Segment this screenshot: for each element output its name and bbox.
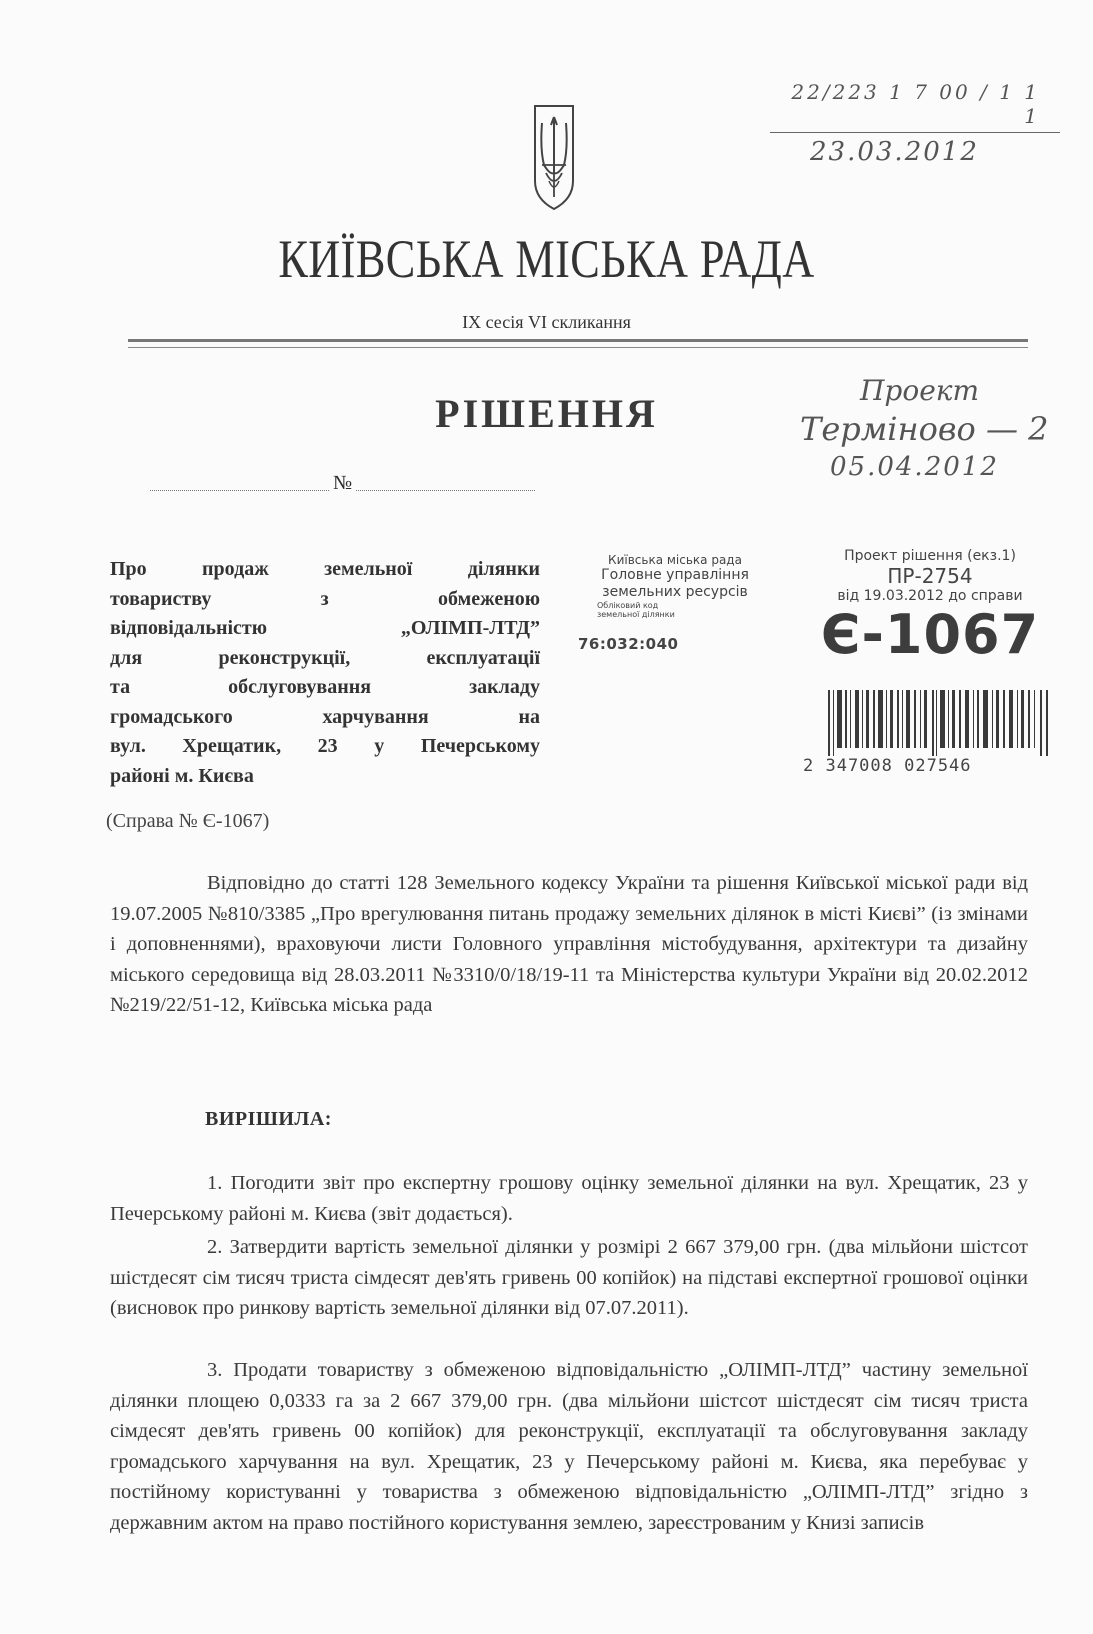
subject-line: Про продаж земельної ділянки: [110, 555, 540, 585]
preamble-paragraph: Відповідно до статті 128 Земельного коде…: [110, 868, 1028, 1021]
handwritten-draft-note: Проект Терміново — 2 05.04.2012: [800, 372, 1080, 486]
stamp-dept-line-2: земельних ресурсів: [575, 584, 775, 601]
subject-line: громадського харчування на: [110, 703, 540, 733]
draft-note-date: 05.04.2012: [800, 448, 1080, 486]
draft-note-line-1: Проект: [800, 372, 1080, 410]
registration-number: 22/223 1 7 00 / 1 1 1: [770, 80, 1060, 133]
cadastral-code: 76:032:040: [575, 635, 775, 653]
subject-line: вул. Хрещатик, 23 у Печерському: [110, 732, 540, 762]
land-resources-stamp: Київська міська рада Головне управління …: [575, 553, 775, 653]
draft-date-line: від 19.03.2012 до справи: [790, 588, 1070, 604]
resolved-heading: ВИРІШИЛА:: [205, 1108, 332, 1131]
council-name: КИЇВСЬКА МІСЬКА РАДА: [98, 228, 994, 290]
barcode-icon: [828, 690, 1050, 756]
draft-note-line-2: Терміново — 2: [800, 410, 1080, 448]
draft-number: ПР-2754: [790, 564, 1070, 588]
resolution-item-1: 1. Погодити звіт про експертну грошову о…: [110, 1168, 1028, 1229]
barcode-number: 2 347008 027546: [803, 756, 1063, 776]
session-label: IX сесія VI скликання: [0, 312, 1093, 333]
draft-decision-stamp: Проект рішення (екз.1) ПР-2754 від 19.03…: [790, 548, 1070, 664]
registration-date: 23.03.2012: [770, 137, 1060, 167]
draft-stamp-title: Проект рішення (екз.1): [790, 548, 1070, 564]
subject-line: товариству з обмеженою: [110, 585, 540, 615]
subject-line: відповідальністю „ОЛІМП-ЛТД”: [110, 614, 540, 644]
case-number: Є-1067: [790, 606, 1070, 664]
decision-number-line: №: [150, 472, 535, 495]
number-sign: №: [329, 472, 356, 495]
header-divider: [128, 339, 1028, 348]
stamp-code-label-1: Обліковий код: [575, 601, 775, 610]
date-blank: [150, 489, 329, 491]
handwritten-registration-note: 22/223 1 7 00 / 1 1 1 23.03.2012: [770, 80, 1060, 167]
resolution-item-2: 2. Затвердити вартість земельної ділянки…: [110, 1232, 1028, 1324]
subject-line: та обслуговування закладу: [110, 673, 540, 703]
stamp-org: Київська міська рада: [575, 553, 775, 567]
subject-line: для реконструкції, експлуатації: [110, 644, 540, 674]
resolution-item-3: 3. Продати товариству з обмеженою відпов…: [110, 1355, 1028, 1538]
subject-line: районі м. Києва: [110, 762, 540, 792]
stamp-dept-line-1: Головне управління: [575, 567, 775, 584]
number-blank: [356, 489, 535, 491]
stamp-code-label-2: земельної ділянки: [575, 610, 775, 619]
case-reference: (Справа № Є-1067): [106, 810, 269, 833]
decision-subject: Про продаж земельної ділянки товариству …: [110, 555, 540, 791]
coat-of-arms-icon: [532, 103, 576, 211]
